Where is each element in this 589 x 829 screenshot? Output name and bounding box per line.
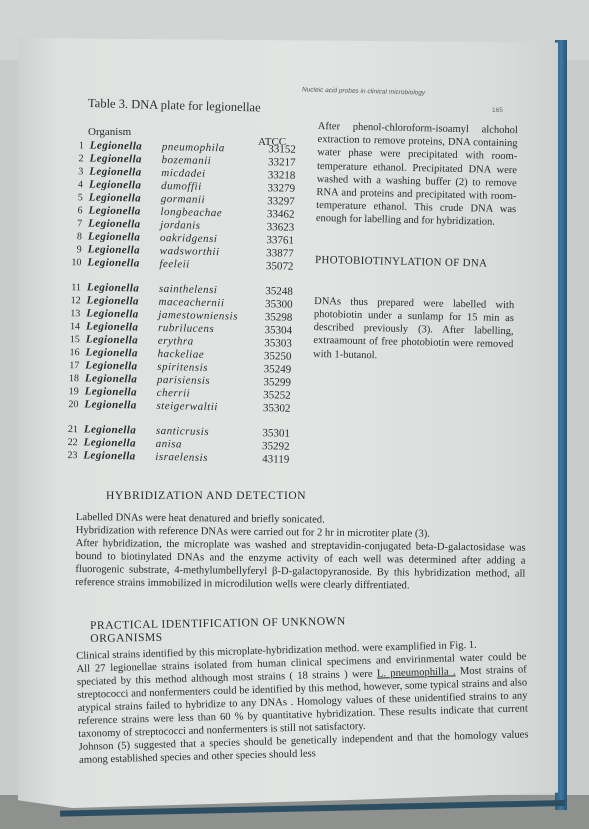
atcc-cell: 35252 — [247, 389, 291, 403]
row-number: 15 — [64, 333, 86, 346]
row-number: 7 — [66, 217, 88, 230]
atcc-cell: 35302 — [246, 402, 290, 416]
page-number: 165 — [492, 107, 503, 114]
atcc-cell: 33297 — [251, 195, 295, 209]
row-number: 3 — [67, 165, 89, 178]
atcc-cell: 35300 — [248, 298, 292, 312]
row-number: 21 — [62, 423, 84, 436]
row-number: 6 — [66, 204, 88, 217]
atcc-cell: 35303 — [248, 337, 292, 351]
table-title: Table 3. DNA plate for legionellae — [88, 96, 261, 116]
section-heading-practical: PRACTICAL IDENTIFICATION OF UNKNOWN ORGA… — [90, 616, 346, 646]
row-number: 19 — [63, 385, 85, 398]
atcc-cell: 35249 — [247, 363, 291, 377]
atcc-cell: 35301 — [246, 427, 290, 441]
atcc-cell: 33877 — [250, 247, 294, 261]
legionella-table: 1Legionellapneumophila331522Legionellabo… — [61, 139, 308, 467]
row-number: 13 — [64, 307, 86, 320]
row-number: 5 — [67, 191, 89, 204]
row-number: 22 — [62, 436, 84, 449]
row-number: 12 — [64, 294, 86, 307]
species-cell: feeleii — [159, 258, 249, 273]
genus-cell: Legionella — [87, 256, 159, 271]
row-number: 14 — [64, 320, 86, 333]
row-number: 1 — [68, 139, 90, 152]
atcc-cell: 33152 — [252, 143, 296, 157]
atcc-cell: 43119 — [245, 453, 289, 467]
atcc-cell: 35304 — [248, 324, 292, 338]
row-number: 10 — [65, 256, 87, 269]
row-number: 17 — [63, 359, 85, 372]
row-number: 16 — [63, 346, 85, 359]
atcc-cell: 35292 — [245, 440, 289, 454]
atcc-cell: 35248 — [249, 285, 293, 299]
genus-cell: Legionella — [83, 449, 155, 464]
row-number: 18 — [63, 372, 85, 385]
right-column: After phenol-chloroform-isoamyl alchohol… — [313, 120, 518, 365]
practical-body: Clinical strains identified by this micr… — [76, 637, 529, 767]
atcc-cell: 35250 — [247, 350, 291, 364]
species-cell: steigerwaltii — [156, 400, 246, 415]
species-underlined: L. pneumophilla . — [377, 666, 456, 679]
atcc-cell: 33217 — [251, 156, 295, 170]
genus-cell: Legionella — [84, 398, 156, 413]
atcc-cell: 35298 — [248, 311, 292, 325]
book-page: Nucleic acid probes in clinical microbio… — [18, 38, 558, 808]
row-number: 11 — [65, 281, 87, 294]
atcc-cell: 33761 — [250, 234, 294, 248]
running-head: Nucleic acid probes in clinical microbio… — [302, 86, 425, 96]
table-header-organism: Organism — [88, 126, 131, 138]
atcc-cell: 33279 — [251, 182, 295, 196]
atcc-cell: 33623 — [250, 221, 294, 235]
atcc-cell: 33462 — [250, 208, 294, 222]
row-number: 23 — [61, 449, 83, 462]
row-number: 4 — [67, 178, 89, 191]
hybridization-line: After hybridization, the microplate was … — [75, 537, 526, 594]
atcc-cell: 35072 — [249, 260, 293, 274]
species-cell: israelensis — [155, 451, 245, 466]
practical-paragraph: All 27 legionellae strains isolated from… — [76, 650, 528, 741]
extraction-paragraph: After phenol-chloroform-isoamyl alchohol… — [316, 120, 518, 230]
row-number: 2 — [67, 152, 89, 165]
section-heading-hybridization: HYBRIDIZATION AND DETECTION — [106, 490, 306, 502]
atcc-cell: 35299 — [247, 376, 291, 390]
photobiotinylation-paragraph: DNAs thus prepared were labelled with ph… — [313, 295, 514, 365]
row-number: 20 — [62, 398, 84, 411]
hybridization-body: Labelled DNAs were heat denatured and br… — [75, 511, 526, 594]
row-number: 9 — [66, 243, 88, 256]
atcc-cell: 33218 — [251, 169, 295, 183]
row-number: 8 — [66, 230, 88, 243]
